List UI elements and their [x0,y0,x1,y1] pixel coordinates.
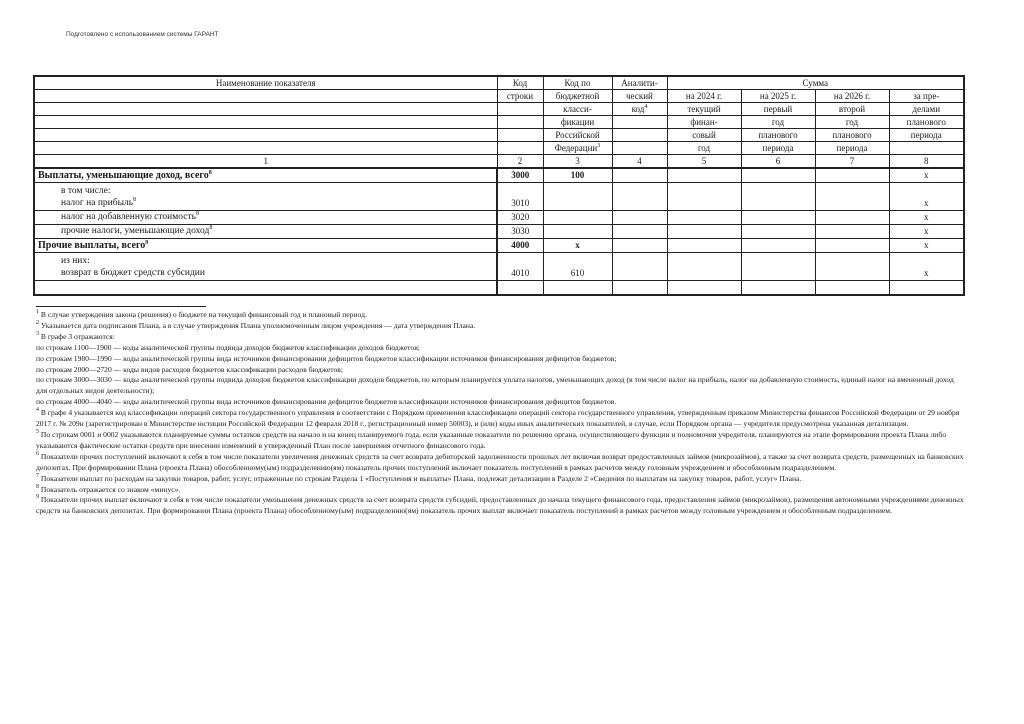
header-analytic [612,129,667,142]
column-number: 5 [667,155,741,169]
row-sum-beyond: x [889,211,964,225]
garant-header-note: Подготовлено с использованием системы ГА… [66,31,219,38]
row-code: 4010 [497,253,543,281]
row-sum-2025 [741,281,815,296]
row-code: 3000 [497,168,543,183]
footnote-separator [36,306,206,307]
footnote-number: 2 [36,320,39,326]
row-sum-2024 [667,239,741,253]
header-beyond-plan: периода [889,129,964,142]
row-subheading: в том числе: [61,185,493,197]
header-year-2024: на 2024 г. [667,90,741,103]
row-analytic-code [612,225,667,239]
header-beyond-plan: за пре- [889,90,964,103]
header-beyond-plan: планового [889,116,964,129]
footnote-number: 9 [36,494,39,500]
header-name-blank [34,103,497,116]
header-analytic: Аналити- [612,76,667,90]
table-row: Выплаты, уменьшающие доход, всего8300010… [34,168,964,183]
header-row: Наименование показателяКодКод поАналити-… [34,76,964,90]
header-year-2024: финан- [667,116,741,129]
header-code-row: Код [497,76,543,90]
header-row: класси-код4текущийпервыйвторойделами [34,103,964,116]
header-analytic: ческий [612,90,667,103]
footnote-number: 8 [36,484,39,490]
header-year-2026: второй [815,103,889,116]
header-row: строкибюджетнойческийна 2024 г.на 2025 г… [34,90,964,103]
row-analytic-code [612,239,667,253]
footnote-ref: 8 [196,211,199,217]
row-label: возврат в бюджет средств субсидии [61,268,205,278]
row-analytic-code [612,183,667,211]
header-year-2025: планового [741,129,815,142]
header-year-2026: год [815,116,889,129]
footnote: 4 В графе 4 указывается код классификаци… [36,408,966,430]
column-number: 2 [497,155,543,169]
header-analytic [612,142,667,155]
row-sum-2025 [741,168,815,183]
footnote: по строкам 4000—4040 — коды аналитическо… [36,397,966,408]
row-name: из них:возврат в бюджет средств субсидии [34,253,497,281]
table-row: в том числе:налог на прибыль83010x [34,183,964,211]
table-row [34,281,964,296]
row-sum-beyond [889,281,964,296]
payments-table: Наименование показателяКодКод поАналити-… [33,75,965,296]
footnote: 2 Указывается дата подписания Плана, а в… [36,321,966,332]
row-name: прочие налоги, уменьшающие доход8 [34,225,497,239]
header-year-2024: текущий [667,103,741,116]
header-year-2024: год [667,142,741,155]
header-row: Федерации3годпериодапериода [34,142,964,155]
payments-table-container: Наименование показателяКодКод поАналити-… [33,75,963,296]
footnote: 7 Показатели выплат по расходам на закуп… [36,474,966,485]
footnote: 5 По строкам 0001 и 0002 указываются пла… [36,430,966,452]
row-sum-2026 [815,239,889,253]
row-sum-2024 [667,225,741,239]
footnote: по строкам 1980—1990 — коды аналитическо… [36,354,966,365]
header-code-budget: Российской [543,129,612,142]
row-label: прочие налоги, уменьшающие доход8 [61,226,212,236]
footnote-ref: 8 [209,170,212,176]
row-code: 3010 [497,183,543,211]
column-number: 4 [612,155,667,169]
row-budget-code [543,281,612,296]
header-analytic [612,116,667,129]
table-row: из них:возврат в бюджет средств субсидии… [34,253,964,281]
footnote: 8 Показатель отражается со знаком «минус… [36,485,966,496]
header-beyond-plan [889,142,964,155]
row-sum-2025 [741,253,815,281]
row-subheading: из них: [61,255,493,267]
header-name-blank [34,129,497,142]
header-row: фикациифинан-годгодпланового [34,116,964,129]
column-number: 1 [34,155,497,169]
header-year-2026: планового [815,129,889,142]
row-code: 3020 [497,211,543,225]
header-analytic: код4 [612,103,667,116]
row-sum-2026 [815,211,889,225]
row-label: налог на добавленную стоимость8 [61,212,199,222]
row-budget-code [543,211,612,225]
table-row: налог на добавленную стоимость83020x [34,211,964,225]
column-number: 3 [543,155,612,169]
column-number: 8 [889,155,964,169]
header-year-2025: год [741,116,815,129]
table-header: Наименование показателяКодКод поАналити-… [34,76,964,168]
header-sum: Сумма [667,76,964,90]
footnote-ref: 3 [597,143,600,149]
footnote: по строкам 1100—1900 — коды аналитическо… [36,343,966,354]
header-code-row [497,116,543,129]
footnote-number: 7 [36,473,39,479]
row-sum-beyond: x [889,225,964,239]
row-sum-2026 [815,253,889,281]
row-sum-2024 [667,168,741,183]
header-name-blank [34,116,497,129]
row-sum-2026 [815,183,889,211]
row-budget-code [543,183,612,211]
row-name: Прочие выплаты, всего9 [34,239,497,253]
row-sum-beyond: x [889,239,964,253]
footnote-number: 4 [36,407,39,413]
header-code-row [497,129,543,142]
header-name: Наименование показателя [34,76,497,90]
row-sum-beyond: x [889,168,964,183]
table-row: прочие налоги, уменьшающие доход83030x [34,225,964,239]
row-analytic-code [612,253,667,281]
header-code-budget: Код по [543,76,612,90]
row-budget-code: x [543,239,612,253]
row-budget-code: 610 [543,253,612,281]
row-sum-2024 [667,183,741,211]
header-year-2026: на 2026 г. [815,90,889,103]
column-number-row: 12345678 [34,155,964,169]
header-year-2025: первый [741,103,815,116]
header-name-blank [34,142,497,155]
footnote: 3 В графе 3 отражаются: [36,332,966,343]
row-sum-2026 [815,168,889,183]
column-number: 6 [741,155,815,169]
row-sum-2024 [667,253,741,281]
row-sum-2026 [815,281,889,296]
row-sum-2026 [815,225,889,239]
header-code-row [497,142,543,155]
row-budget-code [543,225,612,239]
header-code-budget: класси- [543,103,612,116]
footnote: 6 Показатели прочих поступлений включают… [36,452,966,474]
row-sum-2025 [741,225,815,239]
footnote: 1 В случае утверждения закона (решения) … [36,310,966,321]
row-code [497,281,543,296]
header-year-2026: периода [815,142,889,155]
row-sum-2024 [667,281,741,296]
header-row: Российскойсовыйплановогоплановогопериода [34,129,964,142]
header-code-budget: бюджетной [543,90,612,103]
header-year-2025: периода [741,142,815,155]
row-sum-beyond: x [889,253,964,281]
footnote: по строкам 2000—2720 — коды видов расход… [36,365,966,376]
row-name: Выплаты, уменьшающие доход, всего8 [34,168,497,183]
footnotes: 1 В случае утверждения закона (решения) … [36,310,966,517]
row-name: в том числе:налог на прибыль8 [34,183,497,211]
row-sum-2025 [741,239,815,253]
footnote-ref: 8 [209,225,212,231]
footnote-number: 5 [36,429,39,435]
row-budget-code: 100 [543,168,612,183]
header-year-2024: совый [667,129,741,142]
row-analytic-code [612,211,667,225]
header-code-row: строки [497,90,543,103]
footnote-number: 6 [36,451,39,457]
row-name: налог на добавленную стоимость8 [34,211,497,225]
row-sum-beyond: x [889,183,964,211]
row-label: Выплаты, уменьшающие доход, всего8 [38,170,212,181]
table-row: Прочие выплаты, всего94000xx [34,239,964,253]
footnote-ref: 4 [644,104,647,110]
row-label: Прочие выплаты, всего9 [38,240,148,251]
footnote-ref: 9 [145,240,148,246]
row-analytic-code [612,168,667,183]
footnote-number: 1 [36,309,39,315]
row-label: налог на прибыль8 [61,198,136,208]
header-code-row [497,103,543,116]
row-code: 3030 [497,225,543,239]
footnote-ref: 8 [133,197,136,203]
column-number: 7 [815,155,889,169]
row-sum-2025 [741,211,815,225]
footnote-number: 3 [36,331,39,337]
table-body: Выплаты, уменьшающие доход, всего8300010… [34,168,964,295]
row-analytic-code [612,281,667,296]
row-code: 4000 [497,239,543,253]
header-beyond-plan: делами [889,103,964,116]
header-code-budget: Федерации3 [543,142,612,155]
header-code-budget: фикации [543,116,612,129]
row-sum-2025 [741,183,815,211]
row-name [34,281,497,296]
row-sum-2024 [667,211,741,225]
footnote: по строкам 3000—3030 — коды аналитическо… [36,375,966,397]
header-year-2025: на 2025 г. [741,90,815,103]
header-name-blank [34,90,497,103]
footnote: 9 Показатели прочих выплат включают в се… [36,495,966,517]
